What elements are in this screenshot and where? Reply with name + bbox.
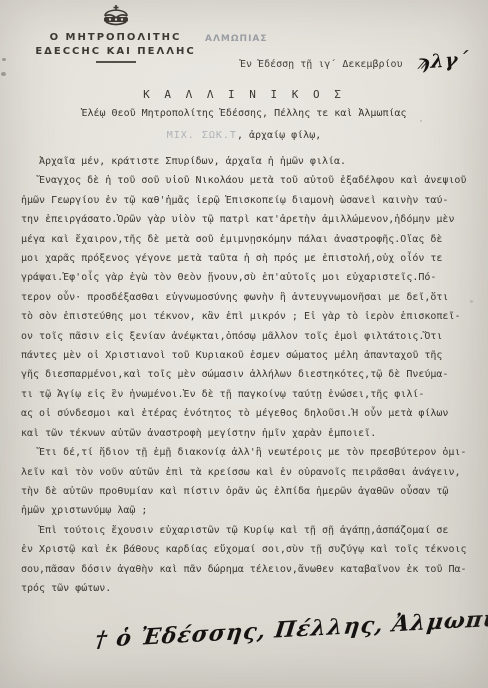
body-line: τρός τῶν φώτων. — [21, 579, 473, 598]
body-line: σου,πᾶσαν δόσιν ἀγαθὴν καὶ πᾶν δώρημα τέ… — [21, 560, 473, 579]
body-line: τὸ σὸν ἐπιστεύθης μοι τέκνον, κἂν ἐπὶ μι… — [21, 307, 473, 326]
body-line: γράψαι.Ἐφ'οἷς γὰρ ἐγὼ τὸν Θεὸν ᾔνουν,σὺ … — [21, 268, 473, 287]
body-line: τὴν δὲ αὐτῶν προθυμίαν καὶ πίστιν ὁρᾶν ὡ… — [21, 482, 473, 501]
body-line: μέγα καὶ ἔχαιρον,τῆς δὲ μετὰ σοῦ ἐμιμνῃσ… — [21, 230, 473, 249]
scan-speck — [1, 72, 6, 76]
addressee-name-faded: ΜΙΧ. ΣΩΚ.Τ — [167, 130, 237, 141]
body-line: ἡμῶν Γεωργίου ἐν τῷ καθ'ἡμᾶς ἱερῷ Ἐπισκο… — [21, 191, 473, 210]
royal-crown-icon — [99, 4, 133, 30]
body-line: τερον οὖν· προσδέξασθαι εὐγνωμοσύνης φων… — [21, 288, 473, 307]
dateline-handwritten-year: ϡλγ΄ — [416, 48, 469, 74]
body-paragraph: Ἀρχαῖα μέν, κράτιστε Σπυρίδων, ἀρχαῖα ἡ … — [21, 152, 473, 171]
handwritten-signature: † ὁ Ἐδέσσης, Πέλλης, Ἀλμωπίας Καλλίνικος — [94, 609, 437, 653]
body-paragraph: Ἔτι δέ,τί ἥδιον τῇ ἐμῇ διακονίᾳ ἀλλ'ἢ νε… — [21, 443, 473, 521]
body-line: μοι χαρᾶς πρόξενος γέγονε μετὰ ταῦτα ἡ σ… — [21, 249, 473, 268]
dateline-typed: Ἐν Ἐδέσσῃ τῇ ιγ΄ Δεκεμβρίου — [240, 59, 403, 70]
body-line: ας οἱ σύνδεσμοι καὶ ἑτέρας ἑνότητος τὸ μ… — [21, 404, 473, 423]
letterhead: Ο ΜΗΤΡΟΠΟΛΙΤΗϹ ΕΔΕϹϹΗϹ ΚΑΙ ΠΕΛΛΗϹ — [8, 4, 223, 63]
body-line: Ἐπὶ τούτοις ἔχουσιν εὐχαριστῶν τῷ Κυρίῳ … — [21, 521, 473, 540]
body-paragraph: Ἔναγχος δὲ ἡ τοῦ σοῦ υἱοῦ Νικολάου μετὰ … — [21, 171, 473, 443]
letter-author-style: Ἐλέῳ Θεοῦ Μητροπολίτης Ἐδέσσης, Πέλλης τ… — [0, 108, 488, 119]
scan-speck — [420, 120, 422, 122]
body-line: τι τῷ Ἁγίῳ εἰς ἓν ἡνωμένοι.Ἐν δὲ τῇ παγκ… — [21, 385, 473, 404]
body-line: πάντες μὲν οἱ Χριστιανοὶ τοῦ Κυριακοῦ ἐσ… — [21, 346, 473, 365]
scan-speck — [2, 58, 6, 61]
letter-author-name: Κ Α Λ Λ Ι Ν Ι Κ Ο Σ — [0, 88, 488, 101]
body-line: γῆς διεσπαρμένοι,καὶ τοῖς μὲν σώμασιν ἀλ… — [21, 365, 473, 384]
scanned-letter-page: Ο ΜΗΤΡΟΠΟΛΙΤΗϹ ΕΔΕϹϹΗϹ ΚΑΙ ΠΕΛΛΗϹ ΑΛΜΩΠΙ… — [0, 0, 488, 688]
body-line: Ἔναγχος δὲ ἡ τοῦ σοῦ υἱοῦ Νικολάου μετὰ … — [21, 171, 473, 190]
letterhead-title-line1: Ο ΜΗΤΡΟΠΟΛΙΤΗϹ — [8, 32, 223, 43]
body-line: την ἐπειργάσατο.Ὁρῶν γὰρ υἱὸν τῷ πατρὶ κ… — [21, 210, 473, 229]
body-line: λεῖν καὶ τὸν νοῦν αὐτῶν ἐπὶ τὰ κρείσσω κ… — [21, 463, 473, 482]
body-line: καὶ τῶν τέκνων αὐτῶν ἀναστροφὴ μεγίστην … — [21, 424, 473, 443]
letterhead-title-line2: ΕΔΕϹϹΗϹ ΚΑΙ ΠΕΛΛΗϹ — [8, 46, 223, 57]
addressee-line: ΜΙΧ. ΣΩΚ.Τ, ἀρχαίῳ φίλῳ, — [0, 130, 488, 141]
body-paragraph: Ἐπὶ τούτοις ἔχουσιν εὐχαριστῶν τῷ Κυρίῳ … — [21, 521, 473, 599]
addressee-salutation: , ἀρχαίῳ φίλῳ, — [237, 130, 321, 141]
body-line: Ἔτι δέ,τί ἥδιον τῇ ἐμῇ διακονίᾳ ἀλλ'ἢ νε… — [21, 443, 473, 462]
letter-body: Ἀρχαῖα μέν, κράτιστε Σπυρίδων, ἀρχαῖα ἡ … — [21, 152, 473, 598]
letterhead-rule — [96, 61, 136, 63]
body-line: ἡμῶν χριστωνύμῳ λαῷ ; — [21, 501, 473, 520]
letterhead-stamp-almopias: ΑΛΜΩΠΙΑΣ — [205, 34, 268, 44]
body-line: Ἀρχαῖα μέν, κράτιστε Σπυρίδων, ἀρχαῖα ἡ … — [21, 152, 473, 171]
body-line: ἐν Χριστῷ καὶ ἐκ βάθους καρδίας εὔχομαί … — [21, 540, 473, 559]
body-line: ον τοῖς πᾶσιν εἰς ξενίαν ἀνέῳκται,ὁπόσῳ … — [21, 327, 473, 346]
dateline: Ἐν Ἐδέσσῃ τῇ ιγ΄ Δεκεμβρίου ϡλγ΄ — [240, 50, 469, 72]
